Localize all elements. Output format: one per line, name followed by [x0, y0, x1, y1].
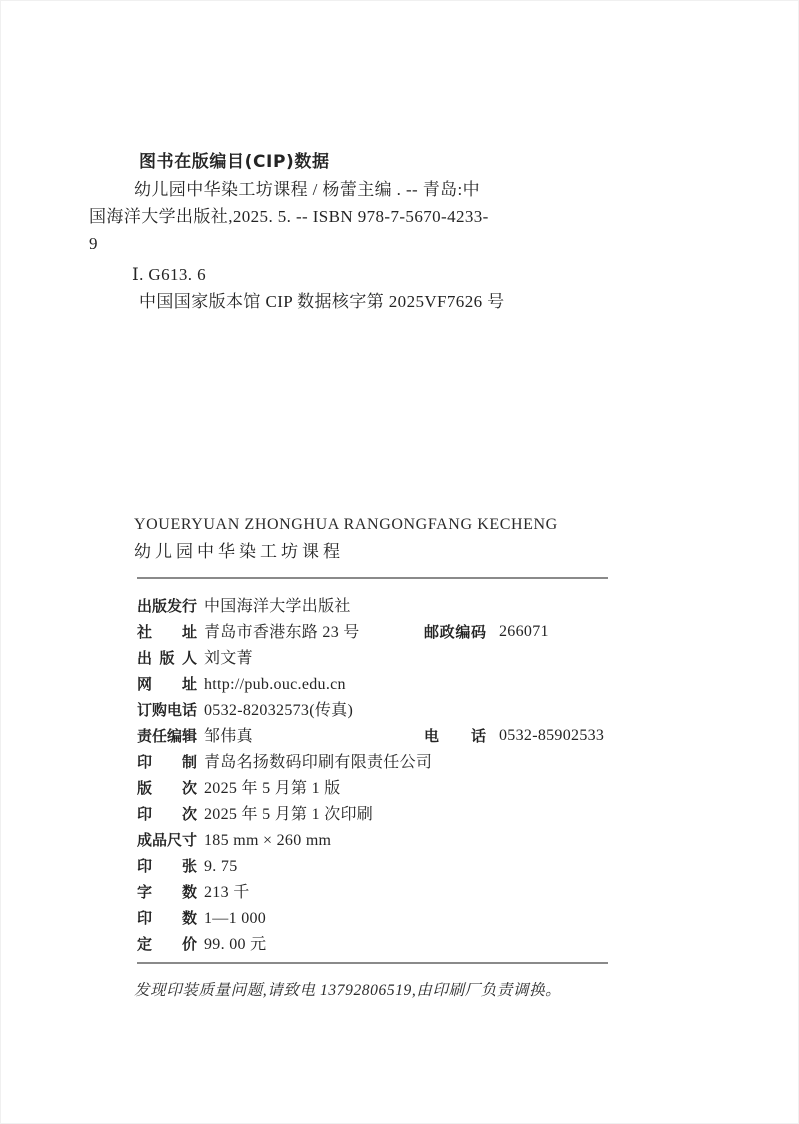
table-row: 版次2025 年 5 月第 1 版	[137, 775, 697, 801]
row-value: 2025 年 5 月第 1 次印刷	[204, 806, 373, 823]
divider-top	[137, 577, 608, 579]
cip-record-number: 中国国家版本馆 CIP 数据核字第 2025VF7626 号	[89, 288, 669, 315]
book-title-chinese: 幼儿园中华染工坊课程	[134, 538, 558, 565]
row-label: 网址	[137, 671, 197, 697]
table-row: 出版人刘文菁	[137, 645, 697, 671]
row-value: 1—1 000	[204, 910, 266, 927]
table-row: 字数213 千	[137, 879, 697, 905]
row-value: 刘文菁	[204, 650, 253, 667]
row-value: 2025 年 5 月第 1 版	[204, 780, 341, 797]
row-label: 定价	[137, 931, 197, 957]
colophon-table: 出版发行中国海洋大学出版社 社址青岛市香港东路 23 号 邮政编码 266071…	[137, 593, 697, 957]
row-value: 青岛名扬数码印刷有限责任公司	[204, 754, 432, 771]
print-quality-notice: 发现印装质量问题,请致电 13792806519,由印刷厂负责调换。	[134, 978, 561, 1004]
row-label: 成品尺寸	[137, 827, 197, 853]
row-label-secondary: 电话	[424, 723, 486, 749]
row-label: 订购电话	[137, 697, 197, 723]
row-value: 213 千	[204, 884, 250, 901]
row-label: 出版人	[137, 645, 197, 671]
table-row: 印张9. 75	[137, 853, 697, 879]
row-label: 社址	[137, 619, 197, 645]
row-label-secondary: 邮政编码	[424, 619, 486, 645]
table-row: 印次2025 年 5 月第 1 次印刷	[137, 801, 697, 827]
row-value: 99. 00 元	[204, 936, 266, 953]
row-value: 9. 75	[204, 858, 238, 875]
row-label: 出版发行	[137, 593, 197, 619]
divider-bottom	[137, 962, 608, 964]
table-row: 出版发行中国海洋大学出版社	[137, 593, 697, 619]
row-label: 责任编辑	[137, 723, 197, 749]
row-value: 0532-82032573(传真)	[204, 702, 353, 719]
row-label: 字数	[137, 879, 197, 905]
book-copyright-page: 图书在版编目(CIP)数据 幼儿园中华染工坊课程 / 杨蕾主编 . -- 青岛:…	[0, 0, 799, 1124]
cip-block: 图书在版编目(CIP)数据 幼儿园中华染工坊课程 / 杨蕾主编 . -- 青岛:…	[89, 149, 669, 315]
table-row: 责任编辑邹伟真 电话 0532-85902533	[137, 723, 697, 749]
cip-heading: 图书在版编目(CIP)数据	[89, 149, 669, 176]
row-label: 印数	[137, 905, 197, 931]
row-value: 邹伟真	[204, 728, 253, 745]
row-label: 版次	[137, 775, 197, 801]
table-row: 印数1—1 000	[137, 905, 697, 931]
row-value: 青岛市香港东路 23 号	[204, 624, 360, 641]
row-label: 印张	[137, 853, 197, 879]
row-value: 185 mm × 260 mm	[204, 832, 331, 849]
row-label: 印制	[137, 749, 197, 775]
row-value-secondary: 0532-85902533	[499, 723, 604, 749]
cip-description-line-2: 国海洋大学出版社,2025. 5. -- ISBN 978-7-5670-423…	[89, 203, 669, 230]
table-row: 订购电话0532-82032573(传真)	[137, 697, 697, 723]
table-row: 网址http://pub.ouc.edu.cn	[137, 671, 697, 697]
row-value-secondary: 266071	[499, 619, 549, 645]
row-value: http://pub.ouc.edu.cn	[204, 676, 346, 693]
cip-description-line-3: 9	[89, 230, 669, 257]
cip-classification: Ⅰ. G613. 6	[89, 261, 669, 288]
title-block: YOUERYUAN ZHONGHUA RANGONGFANG KECHENG 幼…	[134, 512, 558, 565]
row-label: 印次	[137, 801, 197, 827]
cip-description-line-1: 幼儿园中华染工坊课程 / 杨蕾主编 . -- 青岛:中	[89, 176, 669, 203]
row-value: 中国海洋大学出版社	[204, 598, 351, 615]
table-row: 社址青岛市香港东路 23 号 邮政编码 266071	[137, 619, 697, 645]
book-title-pinyin: YOUERYUAN ZHONGHUA RANGONGFANG KECHENG	[134, 512, 558, 538]
table-row: 成品尺寸185 mm × 260 mm	[137, 827, 697, 853]
table-row: 印制青岛名扬数码印刷有限责任公司	[137, 749, 697, 775]
table-row: 定价99. 00 元	[137, 931, 697, 957]
